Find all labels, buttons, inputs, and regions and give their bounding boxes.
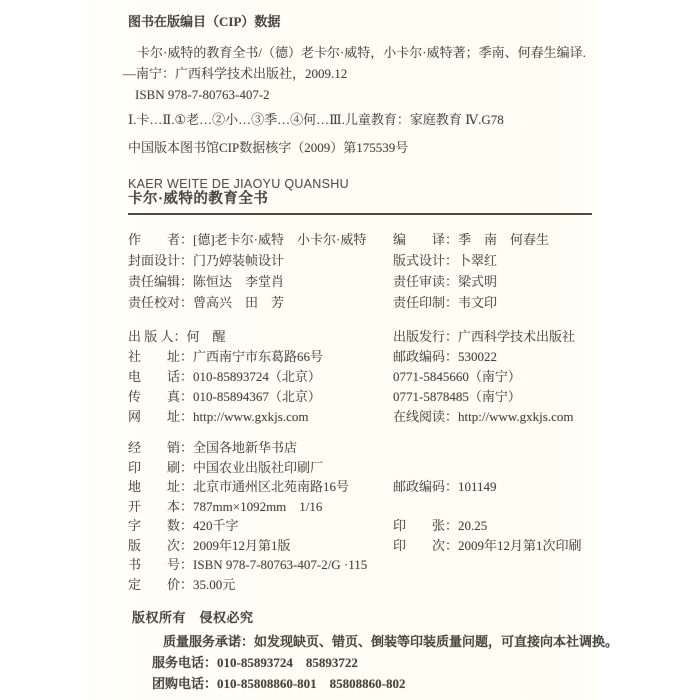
sheets-value: 20.25 [458,518,487,533]
publish-row: 社 址：广西南宁市东葛路66号 邮政编码：530022 [128,347,606,367]
print-supervisor-label: 责任印制： [393,295,458,310]
publishing-house-label: 出版发行： [393,329,458,344]
fax-label: 传 真： [128,389,193,404]
price-value: 35.00元 [193,577,235,592]
proofreader-label: 责任校对： [128,295,193,310]
publishing-house-value: 广西科学技术出版社 [458,329,575,344]
print-row: 地 址：北京市通州区北苑南路16号 邮政编码：101149 [128,477,606,497]
distribution-value: 全国各地新华书店 [193,440,297,455]
print-row: 经 销：全国各地新华书店 [128,438,606,458]
address-label: 社 址： [128,349,193,364]
print-row: 开 本：787mm×1092mm 1/16 [128,497,606,517]
impression-value: 2009年12月第1次印刷 [458,538,582,553]
cip-description: 卡尔·威特的教育全书/（德）老卡尔·威特，小卡尔·威特著；季南、何春生编译. —… [128,42,606,105]
print-row: 书 号：ISBN 978-7-80763-407-2/G ·115 [128,555,606,575]
editor-value: 陈恒达 李堂肖 [193,274,284,289]
phone-label: 电 话： [128,369,193,384]
publish-row: 电 话：010-85893724（北京） 0771-5845660（南宁） [128,367,606,387]
cip-record-number: 中国版本图书馆CIP数据核字（2009）第175539号 [128,140,606,156]
cip-isbn-line: ISBN 978-7-80763-407-2 [128,84,606,105]
quality-promise-line: 质量服务承诺：如发现缺页、错页、倒装等印装质量问题，可直接向本社调换。 [128,631,606,652]
print-row: 字 数：420千字 印 张：20.25 [128,516,606,536]
distribution-label: 经 销： [128,440,193,455]
website-value: http://www.gxkjs.com [193,409,308,424]
edition-value: 2009年12月第1版 [193,538,291,553]
layout-design-label: 版式设计： [393,253,458,268]
staff-credits-section: 作 者：[德]老卡尔·威特 小卡尔·威特 编 译：季 南 何春生 封面设计：门乃… [128,229,606,313]
book-title: 卡尔·威特的教育全书 [128,191,606,208]
printer-label: 印 刷： [128,460,193,475]
service-phone-label: 服务电话： [152,655,217,670]
proofreader-value: 曾高兴 田 芳 [193,295,284,310]
price-label: 定 价： [128,577,193,592]
group-phone-label: 团购电话： [152,676,217,691]
translator-label: 编 译： [393,232,458,247]
staff-row: 作 者：[德]老卡尔·威特 小卡尔·威特 编 译：季 南 何春生 [128,229,606,250]
word-count-label: 字 数： [128,518,193,533]
print-row: 印 刷：中国农业出版社印刷厂 [128,458,606,478]
book-colophon-page: { "page": { "cip": { "header": "图书在版编目（C… [0,0,700,700]
cip-title-line: 卡尔·威特的教育全书/（德）老卡尔·威特，小卡尔·威特著；季南、何春生编译. [128,42,606,63]
publisher-person-value: 何 醒 [187,329,226,344]
format-value: 787mm×1092mm 1/16 [193,499,322,514]
printer-postcode-value: 101149 [458,479,497,494]
print-row: 定 价：35.00元 [128,575,606,595]
website-label: 网 址： [128,409,193,424]
print-supervisor-value: 韦文印 [458,295,497,310]
online-reading-label: 在线阅读： [393,409,458,424]
phone-nanning-value: 0771-5845660（南宁） [393,369,521,384]
service-phone-line: 服务电话：010-85893724 85893722 [128,652,606,673]
online-reading-value: http://www.gxkjs.com [458,409,573,424]
postcode-value: 530022 [458,349,497,364]
publish-row: 传 真：010-85894367（北京） 0771-5878485（南宁） [128,387,606,407]
printer-value: 中国农业出版社印刷厂 [193,460,323,475]
impression-label: 印 次： [393,538,458,553]
title-divider-rule [128,213,592,215]
cip-classification: Ⅰ.卡…Ⅱ.①老…②小…③季…④何…Ⅲ.儿童教育：家庭教育 Ⅳ.G78 [128,112,606,128]
translator-value: 季 南 何春生 [458,232,549,247]
author-value: [德]老卡尔·威特 小卡尔·威特 [193,232,366,247]
editor-label: 责任编辑： [128,274,193,289]
staff-row: 责任编辑：陈恒达 李堂肖 责任审读：梁式明 [128,271,606,292]
book-number-value: ISBN 978-7-80763-407-2/G ·115 [193,557,367,572]
service-phone-value: 010-85893724 85893722 [217,655,358,670]
publisher-info-section: 出 版 人：何 醒 出版发行：广西科学技术出版社 社 址：广西南宁市东葛路66号… [128,327,606,427]
printer-address-label: 地 址： [128,479,193,494]
book-number-label: 书 号： [128,557,193,572]
publish-row: 出 版 人：何 醒 出版发行：广西科学技术出版社 [128,327,606,347]
group-phone-line: 团购电话：010-85808860-801 85808860-802 [128,673,606,694]
cover-design-label: 封面设计： [128,253,193,268]
printer-address-value: 北京市通州区北苑南路16号 [193,479,349,494]
copyright-notice: 版权所有 侵权必究 [128,609,610,627]
format-label: 开 本： [128,499,193,514]
reviewer-label: 责任审读： [393,274,458,289]
edition-label: 版 次： [128,538,193,553]
group-phone-value: 010-85808860-801 85808860-802 [217,676,406,691]
word-count-value: 420千字 [193,518,239,533]
printing-info-section: 经 销：全国各地新华书店 印 刷：中国农业出版社印刷厂 地 址：北京市通州区北苑… [128,438,606,594]
postcode-label: 邮政编码： [393,349,458,364]
cip-publisher-line: —南宁：广西科学技术出版社，2009.12 [123,63,601,84]
print-row: 版 次：2009年12月第1版 印 次：2009年12月第1次印刷 [128,536,606,556]
sheets-label: 印 张： [393,518,458,533]
publisher-person-label: 出 版 人： [128,329,187,344]
author-label: 作 者： [128,232,193,247]
phone-value: 010-85893724（北京） [193,369,321,384]
address-value: 广西南宁市东葛路66号 [193,349,323,364]
fax-nanning-value: 0771-5878485（南宁） [393,389,521,404]
printer-postcode-label: 邮政编码： [393,479,458,494]
cip-header: 图书在版编目（CIP）数据 [128,14,606,30]
staff-row: 封面设计：门乃婷装帧设计 版式设计：卜翠红 [128,250,606,271]
quality-notice-section: 质量服务承诺：如发现缺页、错页、倒装等印装质量问题，可直接向本社调换。 服务电话… [128,631,606,694]
staff-row: 责任校对：曾高兴 田 芳 责任印制：韦文印 [128,292,606,313]
cover-design-value: 门乃婷装帧设计 [193,253,284,268]
book-title-pinyin: KAER WEITE DE JIAOYU QUANSHU [128,177,606,192]
layout-design-value: 卜翠红 [458,253,497,268]
publish-row: 网 址：http://www.gxkjs.com 在线阅读：http://www… [128,407,606,427]
fax-value: 010-85894367（北京） [193,389,321,404]
reviewer-value: 梁式明 [458,274,497,289]
